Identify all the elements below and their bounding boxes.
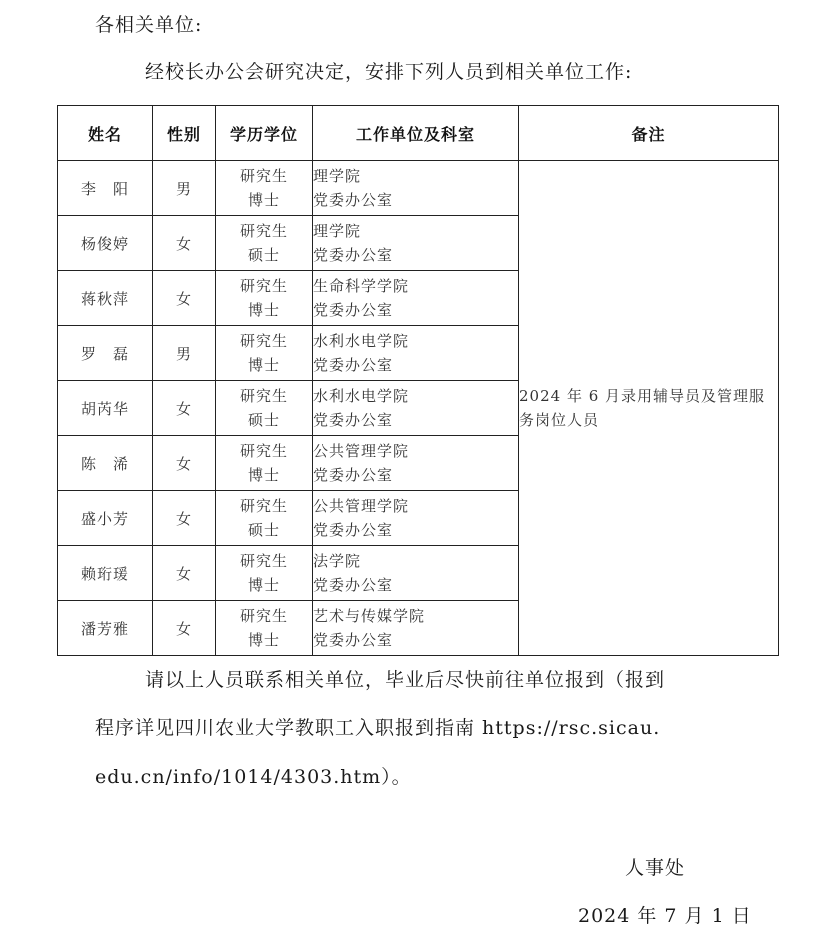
cell-education: 研究生博士 xyxy=(216,546,313,601)
office-name: 党委办公室 xyxy=(313,188,518,212)
cell-unit: 公共管理学院党委办公室 xyxy=(313,436,519,491)
cell-unit: 理学院党委办公室 xyxy=(313,216,519,271)
cell-unit: 生命科学学院党委办公室 xyxy=(313,271,519,326)
cell-gender: 女 xyxy=(153,216,216,271)
cell-name: 罗 磊 xyxy=(58,326,153,381)
cell-education: 研究生博士 xyxy=(216,601,313,656)
header-unit: 工作单位及科室 xyxy=(313,106,519,161)
cell-education: 研究生博士 xyxy=(216,271,313,326)
unit-name: 理学院 xyxy=(313,219,518,243)
office-name: 党委办公室 xyxy=(313,353,518,377)
cell-name: 潘芳雅 xyxy=(58,601,153,656)
cell-unit: 公共管理学院党委办公室 xyxy=(313,491,519,546)
cell-name: 杨俊婷 xyxy=(58,216,153,271)
cell-gender: 女 xyxy=(153,601,216,656)
cell-gender: 女 xyxy=(153,381,216,436)
unit-name: 法学院 xyxy=(313,549,518,573)
signature-date: 2024 年 7 月 1 日 xyxy=(578,901,752,928)
header-remark: 备注 xyxy=(519,106,779,161)
degree-level: 硕士 xyxy=(216,518,312,542)
cell-name: 赖珩瑗 xyxy=(58,546,153,601)
cell-education: 研究生硕士 xyxy=(216,491,313,546)
unit-name: 生命科学学院 xyxy=(313,274,518,298)
cell-gender: 男 xyxy=(153,326,216,381)
office-name: 党委办公室 xyxy=(313,628,518,652)
header-education: 学历学位 xyxy=(216,106,313,161)
unit-name: 理学院 xyxy=(313,164,518,188)
closing-paragraph-line2: 程序详见四川农业大学教职工入职报到指南 https://rsc.sicau. xyxy=(95,713,660,740)
table-row: 李 阳男研究生博士理学院党委办公室2024 年 6 月录用辅导员及管理服务岗位人… xyxy=(58,161,779,216)
cell-gender: 女 xyxy=(153,491,216,546)
education-level: 研究生 xyxy=(216,384,312,408)
cell-unit: 水利水电学院党委办公室 xyxy=(313,326,519,381)
cell-name: 盛小芳 xyxy=(58,491,153,546)
cell-education: 研究生博士 xyxy=(216,326,313,381)
degree-level: 博士 xyxy=(216,573,312,597)
education-level: 研究生 xyxy=(216,274,312,298)
cell-name: 蒋秋萍 xyxy=(58,271,153,326)
degree-level: 硕士 xyxy=(216,408,312,432)
education-level: 研究生 xyxy=(216,164,312,188)
cell-education: 研究生博士 xyxy=(216,161,313,216)
intro-paragraph: 经校长办公会研究决定，安排下列人员到相关单位工作: xyxy=(145,57,632,84)
unit-name: 艺术与传媒学院 xyxy=(313,604,518,628)
degree-level: 硕士 xyxy=(216,243,312,267)
cell-remark: 2024 年 6 月录用辅导员及管理服务岗位人员 xyxy=(519,161,779,656)
degree-level: 博士 xyxy=(216,298,312,322)
office-name: 党委办公室 xyxy=(313,408,518,432)
unit-name: 公共管理学院 xyxy=(313,494,518,518)
cell-unit: 法学院党委办公室 xyxy=(313,546,519,601)
cell-gender: 女 xyxy=(153,546,216,601)
cell-unit: 水利水电学院党委办公室 xyxy=(313,381,519,436)
cell-gender: 女 xyxy=(153,436,216,491)
signature-department: 人事处 xyxy=(625,853,685,880)
degree-level: 博士 xyxy=(216,628,312,652)
office-name: 党委办公室 xyxy=(313,298,518,322)
degree-level: 博士 xyxy=(216,188,312,212)
degree-level: 博士 xyxy=(216,463,312,487)
cell-gender: 女 xyxy=(153,271,216,326)
degree-level: 博士 xyxy=(216,353,312,377)
header-name: 姓名 xyxy=(58,106,153,161)
table-header-row: 姓名 性别 学历学位 工作单位及科室 备注 xyxy=(58,106,779,161)
cell-education: 研究生博士 xyxy=(216,436,313,491)
cell-education: 研究生硕士 xyxy=(216,381,313,436)
closing-paragraph-line3: edu.cn/info/1014/4303.htm）。 xyxy=(95,762,412,789)
unit-name: 水利水电学院 xyxy=(313,329,518,353)
header-gender: 性别 xyxy=(153,106,216,161)
cell-name: 胡芮华 xyxy=(58,381,153,436)
office-name: 党委办公室 xyxy=(313,463,518,487)
unit-name: 水利水电学院 xyxy=(313,384,518,408)
education-level: 研究生 xyxy=(216,439,312,463)
cell-unit: 艺术与传媒学院党委办公室 xyxy=(313,601,519,656)
education-level: 研究生 xyxy=(216,494,312,518)
office-name: 党委办公室 xyxy=(313,243,518,267)
salutation: 各相关单位: xyxy=(95,10,202,37)
unit-name: 公共管理学院 xyxy=(313,439,518,463)
personnel-table: 姓名 性别 学历学位 工作单位及科室 备注 李 阳男研究生博士理学院党委办公室2… xyxy=(57,105,779,656)
cell-education: 研究生硕士 xyxy=(216,216,313,271)
education-level: 研究生 xyxy=(216,329,312,353)
cell-name: 陈 浠 xyxy=(58,436,153,491)
education-level: 研究生 xyxy=(216,219,312,243)
education-level: 研究生 xyxy=(216,549,312,573)
education-level: 研究生 xyxy=(216,604,312,628)
closing-paragraph-line1: 请以上人员联系相关单位，毕业后尽快前往单位报到（报到 xyxy=(145,665,665,692)
cell-unit: 理学院党委办公室 xyxy=(313,161,519,216)
office-name: 党委办公室 xyxy=(313,518,518,542)
office-name: 党委办公室 xyxy=(313,573,518,597)
cell-name: 李 阳 xyxy=(58,161,153,216)
cell-gender: 男 xyxy=(153,161,216,216)
